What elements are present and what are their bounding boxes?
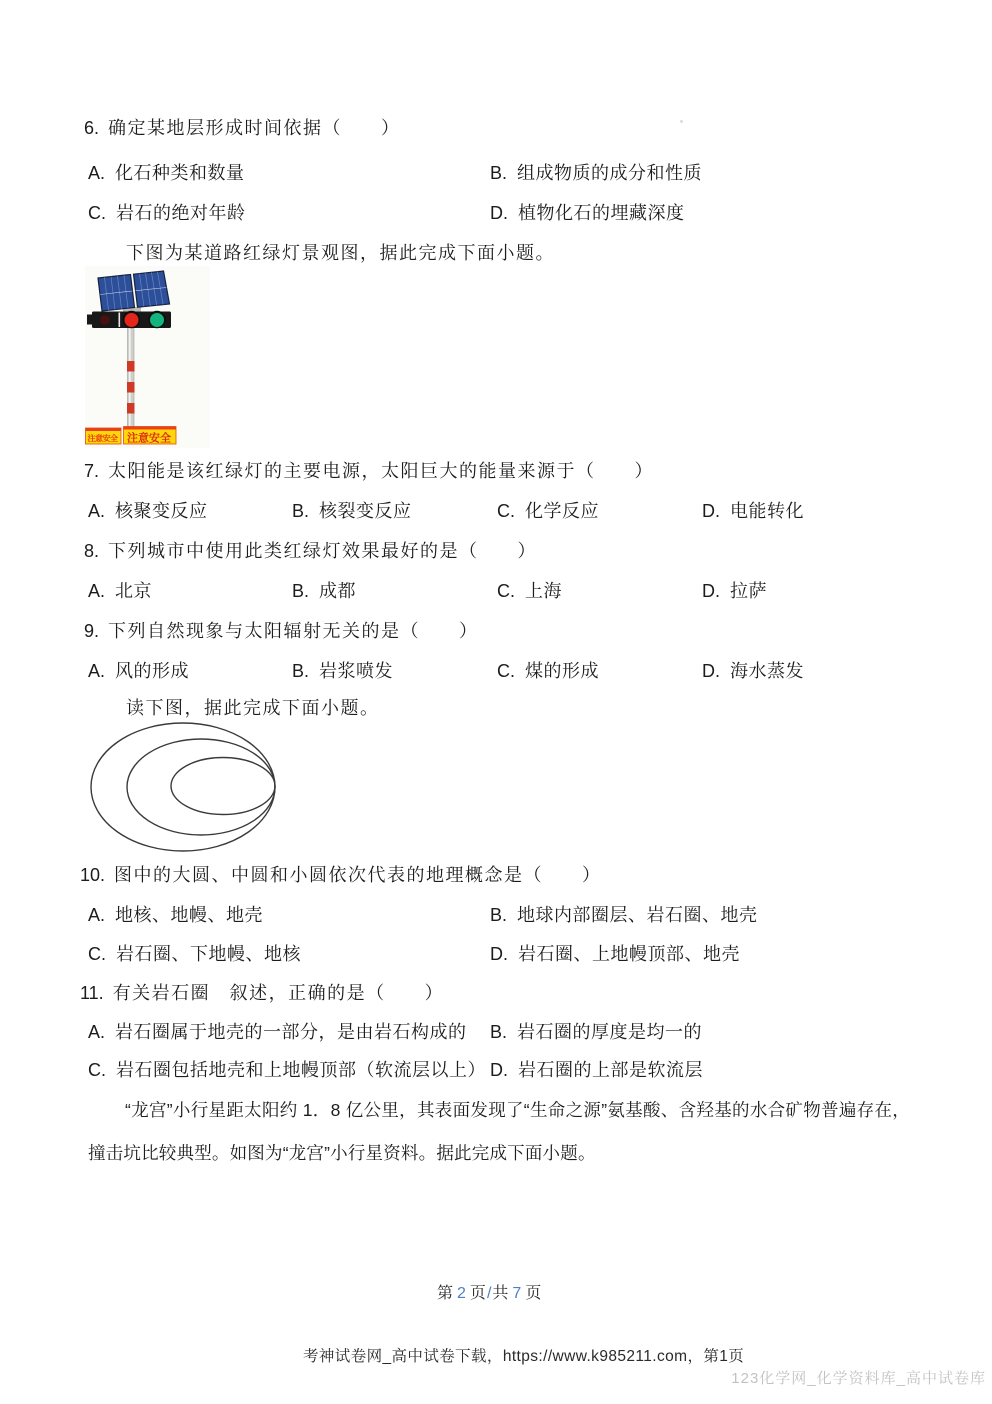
option-label: A.: [88, 580, 105, 603]
option-label: A.: [88, 660, 105, 683]
option-label: D.: [490, 202, 508, 225]
option-label: B.: [292, 580, 309, 603]
option-text: 岩石圈、上地幔顶部、地壳: [518, 944, 740, 964]
question-9-text: 下列自然现象与太阳辐射无关的是（ ）: [108, 621, 479, 641]
option-label: A.: [88, 904, 105, 927]
question-11-option-a: A.岩石圈属于地壳的一部分，是由岩石构成的: [88, 1021, 467, 1044]
page-indicator-suffix: 页: [525, 1285, 542, 1302]
page-indicator-prefix: 第: [437, 1285, 454, 1302]
option-text: 岩石圈、下地幔、地核: [116, 944, 301, 964]
page-indicator: 第2页/共7页: [437, 1280, 542, 1303]
outer-circle: [91, 723, 275, 851]
question-11-option-b: B.岩石圈的厚度是均一的: [490, 1021, 702, 1044]
question-6-option-c: C.岩石的绝对年龄: [88, 202, 246, 225]
option-text: 地核、地幔、地壳: [115, 905, 263, 925]
exam-paper-page: 6.确定某地层形成时间依据（ ） A.化石种类和数量 B.组成物质的成分和性质 …: [0, 0, 992, 1404]
option-label: D.: [702, 500, 720, 523]
question-6-option-a: A.化石种类和数量: [88, 162, 245, 185]
question-10-option-b: B.地球内部圈层、岩石圈、地壳: [490, 904, 758, 927]
option-text: 化石种类和数量: [115, 163, 245, 183]
question-8-text: 下列城市中使用此类红绿灯效果最好的是（ ）: [108, 541, 537, 561]
question-9-stem: 9.下列自然现象与太阳辐射无关的是（ ）: [84, 620, 479, 643]
traffic-light-head: [87, 311, 171, 329]
option-label: B.: [490, 1021, 507, 1044]
question-11-stem: 11.有关岩石圈 叙述，正确的是（ ）: [80, 982, 444, 1005]
option-label: B.: [292, 660, 309, 683]
option-text: 岩石圈包括地壳和上地幔顶部（软流层以上）: [116, 1060, 486, 1080]
traffic-light-intro: 下图为某道路红绿灯景观图，据此完成下面小题。: [126, 242, 555, 265]
question-6-option-d: D.植物化石的埋藏深度: [490, 202, 685, 225]
inner-circle: [171, 758, 275, 815]
question-10-option-a: A.地核、地幔、地壳: [88, 904, 263, 927]
question-9-option-c: C.煤的形成: [497, 660, 599, 683]
question-8-option-d: D.拉萨: [702, 580, 767, 603]
question-9-option-a: A.风的形成: [88, 660, 189, 683]
option-text: 岩石圈的上部是软流层: [518, 1060, 703, 1080]
red-light: [125, 313, 139, 327]
option-text: 核裂变反应: [319, 501, 412, 521]
question-9-number: 9.: [84, 620, 99, 643]
question-8-option-a: A.北京: [88, 580, 152, 603]
option-label: C.: [88, 943, 106, 966]
question-7-number: 7.: [84, 460, 99, 483]
option-label: C.: [88, 202, 106, 225]
question-10-option-c: C.岩石圈、下地幔、地核: [88, 943, 301, 966]
question-7-option-d: D.电能转化: [702, 500, 804, 523]
option-label: D.: [490, 1059, 508, 1082]
option-text: 植物化石的埋藏深度: [518, 203, 685, 223]
question-10-option-d: D.岩石圈、上地幔顶部、地壳: [490, 943, 740, 966]
question-7-stem: 7.太阳能是该红绿灯的主要电源，太阳巨大的能量来源于（ ）: [84, 460, 654, 483]
option-label: A.: [88, 1021, 105, 1044]
question-8-number: 8.: [84, 540, 99, 563]
option-text: 岩石的绝对年龄: [116, 203, 246, 223]
question-10-number: 10.: [80, 864, 105, 887]
option-label: B.: [292, 500, 309, 523]
option-text: 风的形成: [115, 661, 189, 681]
question-6-text: 确定某地层形成时间依据（ ）: [108, 118, 401, 138]
current-page-number: 2: [457, 1285, 467, 1302]
option-label: D.: [490, 943, 508, 966]
option-label: C.: [497, 500, 515, 523]
question-11-option-c: C.岩石圈包括地壳和上地幔顶部（软流层以上）: [88, 1059, 486, 1082]
dim-back-light: [100, 315, 110, 325]
option-text: 核聚变反应: [115, 501, 208, 521]
site-footer-line: 考神试卷网_高中试卷下载，https://www.k985211.com，第1页: [303, 1344, 744, 1366]
option-label: D.: [702, 580, 720, 603]
safety-banner: 注意安全 注意安全: [86, 427, 177, 445]
banner-text-left: 注意安全: [88, 433, 118, 443]
middle-circle: [127, 739, 275, 835]
total-page-number: 7: [512, 1285, 522, 1302]
option-label: A.: [88, 500, 105, 523]
question-8-option-c: C.上海: [497, 580, 562, 603]
option-label: C.: [497, 580, 515, 603]
earth-interior-circles-diagram: [88, 714, 286, 859]
pole: [127, 326, 135, 428]
option-text: 拉萨: [730, 581, 767, 601]
option-text: 海水蒸发: [730, 661, 804, 681]
question-6-number: 6.: [84, 117, 99, 140]
traffic-light-photo: 注意安全 注意安全: [85, 266, 210, 448]
question-10-text: 图中的大圆、中圆和小圆依次代表的地理概念是（ ）: [114, 865, 602, 885]
question-11-number: 11.: [80, 982, 104, 1005]
green-light: [150, 313, 164, 327]
option-text: 地球内部圈层、岩石圈、地壳: [517, 905, 758, 925]
question-9-option-d: D.海水蒸发: [702, 660, 804, 683]
option-text: 岩石圈属于地壳的一部分，是由岩石构成的: [115, 1022, 467, 1042]
banner-text-right: 注意安全: [127, 431, 171, 445]
question-7-option-a: A.核聚变反应: [88, 500, 208, 523]
option-text: 煤的形成: [525, 661, 599, 681]
asteroid-passage: “龙宫”小行星距太阳约 1．8 亿公里，其表面发现了“生命之源”氨基酸、含羟基的…: [88, 1089, 910, 1175]
question-11-text: 有关岩石圈 叙述，正确的是（ ）: [113, 983, 445, 1003]
question-7-option-b: B.核裂变反应: [292, 500, 412, 523]
question-8-stem: 8.下列城市中使用此类红绿灯效果最好的是（ ）: [84, 540, 537, 563]
option-label: D.: [702, 660, 720, 683]
question-11-option-d: D.岩石圈的上部是软流层: [490, 1059, 703, 1082]
option-text: 岩浆喷发: [319, 661, 393, 681]
watermark-text: 123化学网_化学资料库_高中试卷库: [731, 1367, 986, 1388]
option-label: C.: [88, 1059, 106, 1082]
question-6-stem: 6.确定某地层形成时间依据（ ）: [84, 117, 401, 140]
option-text: 成都: [319, 581, 356, 601]
option-text: 岩石圈的厚度是均一的: [517, 1022, 702, 1042]
option-text: 电能转化: [730, 501, 804, 521]
option-label: B.: [490, 162, 507, 185]
option-text: 北京: [115, 581, 152, 601]
question-7-text: 太阳能是该红绿灯的主要电源，太阳巨大的能量来源于（ ）: [108, 461, 654, 481]
option-label: A.: [88, 162, 105, 185]
question-7-option-c: C.化学反应: [497, 500, 599, 523]
option-text: 组成物质的成分和性质: [517, 163, 702, 183]
question-10-stem: 10.图中的大圆、中圆和小圆依次代表的地理概念是（ ）: [80, 864, 602, 887]
scan-artifact-dot: [680, 120, 683, 123]
question-8-option-b: B.成都: [292, 580, 356, 603]
page-indicator-mid2: 共: [492, 1285, 509, 1302]
page-indicator-mid: 页: [470, 1285, 487, 1302]
question-6-option-b: B.组成物质的成分和性质: [490, 162, 702, 185]
option-text: 上海: [525, 581, 562, 601]
option-text: 化学反应: [525, 501, 599, 521]
option-label: C.: [497, 660, 515, 683]
option-label: B.: [490, 904, 507, 927]
question-9-option-b: B.岩浆喷发: [292, 660, 393, 683]
